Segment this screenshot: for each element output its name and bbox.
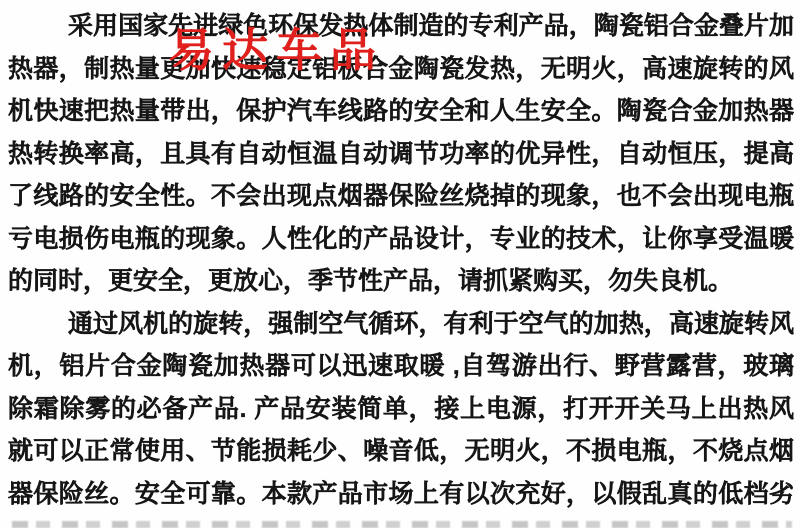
text-line: 通过风机的旋转，强制空气循环，有利于空气的加热，高速旋转风	[8, 303, 794, 346]
product-description: 采用国家先进绿色环保发热体制造的专利产品，陶瓷铝合金叠片加 热器，制热量更加快速…	[0, 0, 800, 528]
cropped-text-line	[12, 521, 792, 528]
text-line: 亏电损伤电瓶的现象。人性化的产品设计，专业的技术，让你享受温暖	[8, 218, 794, 261]
text-line: 就可以正常使用、节能损耗少、噪音低，无明火，不损电瓶，不烧点烟	[8, 430, 794, 473]
text-line: 采用国家先进绿色环保发热体制造的专利产品，陶瓷铝合金叠片加	[8, 5, 794, 48]
text-line: 机，铝片合金陶瓷加热器可以迅速取暖 ,自驾游出行、野营露营，玻璃	[8, 345, 794, 388]
text-line: 机快速把热量带出，保护汽车线路的安全和人生安全。陶瓷合金加热器	[8, 90, 794, 133]
text-line: 的同时，更安全，更放心，季节性产品，请抓紧购买，勿失良机。	[8, 260, 794, 303]
text-line: 热转换率高，且具有自动恒温自动调节功率的优异性，自动恒压，提高	[8, 133, 794, 176]
text-line: 除霜除雾的必备产品. 产品安装简单，接上电源，打开开关马上出热风	[8, 388, 794, 431]
text-line: 了线路的安全性。不会出现点烟器保险丝烧掉的现象，也不会出现电瓶	[8, 175, 794, 218]
text-line: 热器，制热量更加快速稳定铝板合金陶瓷发热，无明火，高速旋转的风	[8, 48, 794, 91]
text-line: 器保险丝。安全可靠。本款产品市场上有以次充好，以假乱真的低档劣	[8, 473, 794, 516]
